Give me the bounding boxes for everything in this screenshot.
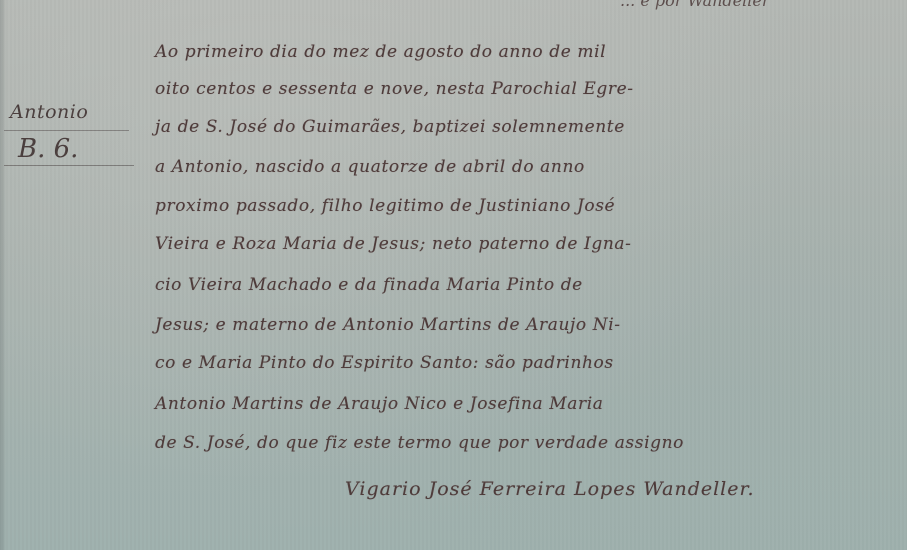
record-line-2: oito centos e sessenta e nove, nesta Par…: [155, 79, 634, 99]
page-edge-shadow: [0, 0, 6, 550]
record-line-10: Antonio Martins de Araujo Nico e Josefin…: [155, 394, 604, 414]
record-line-3: ja de S. José do Guimarães, baptizei sol…: [155, 117, 625, 137]
margin-rule-bottom: [4, 165, 134, 166]
record-line-9: co e Maria Pinto do Espirito Santo: são …: [155, 353, 614, 373]
record-line-4: a Antonio, nascido a quatorze de abril d…: [155, 157, 585, 177]
record-line-11: de S. José, do que fiz este termo que po…: [155, 433, 684, 453]
document-page: ... e por Wandeller Antonio B. 6. Ao pri…: [0, 0, 907, 550]
record-line-5: proximo passado, filho legitimo de Justi…: [155, 196, 615, 216]
margin-baptized-name: Antonio: [4, 96, 129, 128]
record-line-8: Jesus; e materno de Antonio Martins de A…: [155, 315, 621, 335]
record-line-6: Vieira e Roza Maria de Jesus; neto pater…: [155, 234, 631, 254]
previous-entry-fragment: ... e por Wandeller: [620, 0, 769, 10]
priest-signature: Vigario José Ferreira Lopes Wandeller.: [345, 478, 755, 500]
margin-annotation: Antonio B. 6.: [4, 96, 129, 166]
record-line-7: cio Vieira Machado e da finada Maria Pin…: [155, 275, 583, 295]
margin-record-code: B. 6.: [4, 131, 129, 165]
record-line-1: Ao primeiro dia do mez de agosto do anno…: [155, 42, 606, 62]
